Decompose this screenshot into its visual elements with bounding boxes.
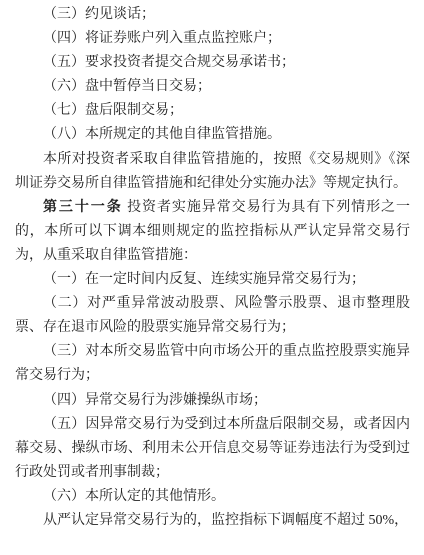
paragraph: （七）盘后限制交易；: [15, 99, 410, 123]
paragraph: （四）异常交易行为涉嫌操纵市场；: [15, 389, 410, 413]
article-number: 第三十一条: [43, 200, 123, 215]
paragraph: （八）本所规定的其他自律监管措施。: [15, 123, 410, 147]
paragraph: （五）因异常交易行为受到过本所盘后限制交易，或者因内幕交易、操纵市场、利用未公开…: [15, 413, 410, 485]
document-page: （三）约见谈话；（四）将证券账户列入重点监控账户；（五）要求投资者提交合规交易承…: [0, 0, 424, 555]
paragraph: （一）在一定时间内反复、连续实施异常交易行为；: [15, 268, 410, 292]
paragraph: 本所对投资者采取自律监管措施的，按照《交易规则》《深圳证券交易所自律监管措施和纪…: [15, 148, 410, 196]
paragraph: （六）盘中暂停当日交易；: [15, 75, 410, 99]
paragraph: （三）约见谈话；: [15, 3, 410, 27]
paragraph: （五）要求投资者提交合规交易承诺书；: [15, 51, 410, 75]
paragraph: （三）对本所交易监管中向市场公开的重点监控股票实施异常交易行为；: [15, 340, 410, 388]
paragraph: （六）本所认定的其他情形。: [15, 485, 410, 509]
paragraph: 第三十一条 投资者实施异常交易行为具有下列情形之一的，本所可以下调本细则规定的监…: [15, 196, 410, 268]
paragraph: （二）对严重异常波动股票、风险警示股票、退市整理股票、存在退市风险的股票实施异常…: [15, 292, 410, 340]
document-body: （三）约见谈话；（四）将证券账户列入重点监控账户；（五）要求投资者提交合规交易承…: [15, 3, 410, 533]
paragraph: 从严认定异常交易行为的，监控指标下调幅度不超过 50%，: [15, 509, 410, 533]
paragraph: （四）将证券账户列入重点监控账户；: [15, 27, 410, 51]
